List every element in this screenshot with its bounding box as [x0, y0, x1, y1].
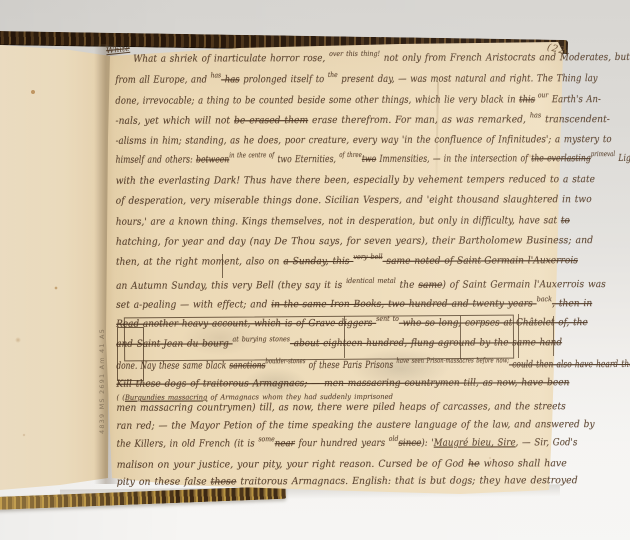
handwritten-text: of these Paris Prisons — [305, 360, 396, 371]
struck-text: Kill these dogs of traitorous Armagnacs;… — [116, 377, 569, 390]
handwritten-text: himself and others: — [116, 155, 196, 166]
manuscript-line: from all Europe, and has has prolonged i… — [115, 73, 597, 86]
manuscript-line: pity on these false these traitorous Arm… — [117, 475, 578, 488]
struck-text: two — [362, 154, 376, 165]
handwritten-text: with the everlasting Dark! Thus have the… — [116, 174, 595, 187]
deletion-box — [124, 315, 514, 362]
handwritten-text: present day, — was most natural and righ… — [338, 73, 598, 85]
handwritten-text: the — [396, 280, 419, 291]
manuscript-line: the Killers, in old French (it is somene… — [117, 437, 578, 450]
deletion-box-line — [553, 316, 554, 356]
handwritten-text: done, irrevocable; a thing to be counted… — [115, 94, 519, 106]
interline-insertion: has — [530, 111, 541, 119]
struck-text: near — [275, 438, 295, 449]
handwritten-text: of desperation, very miserable things do… — [116, 194, 592, 207]
interline-insertion: the — [328, 71, 338, 79]
photograph-background: 4839 MS 2691 Am 41 A5 White (22 What a s… — [0, 0, 630, 540]
manuscript-line: done, irrevocable; a thing to be counted… — [115, 94, 601, 107]
deletion-box — [117, 327, 144, 381]
handwritten-text: Maugré bieu, Sire — [434, 437, 516, 448]
handwritten-text: prolonged itself to — [240, 74, 328, 85]
handwritten-text: not only from French Aristocrats and Mod… — [380, 52, 630, 64]
deletion-box-line — [460, 316, 461, 359]
struck-text: sanctions — [229, 360, 265, 371]
struck-text: could then also have heard the cry: Kill… — [509, 359, 630, 371]
struck-text: very bell — [353, 252, 382, 260]
handwritten-text: two Eternities, — [274, 154, 339, 165]
interline-insertion: our — [535, 91, 548, 99]
handwritten-text: What a shriek of inarticulate horror ros… — [133, 53, 329, 65]
handwritten-text: ) of Saint Germain l'Auxerrois was — [442, 279, 605, 291]
interline-insertion: some — [258, 435, 274, 443]
struck-text: in the same Iron Books, two hundred and … — [271, 298, 536, 310]
manuscript-line: hours,' are a known thing. Kings themsel… — [116, 215, 570, 228]
shelfmark-pencil: 4839 MS 2691 Am 41 A5 — [98, 328, 106, 434]
manuscript-line: -alisms in him; standing, as he does, po… — [116, 134, 612, 147]
interline-insertion: of three — [339, 150, 362, 158]
struck-text: he — [468, 459, 480, 470]
struck-text: same noted of Saint-Germain l'Auxerrois — [383, 255, 578, 267]
handwritten-text: hours,' are a known thing. Kings themsel… — [116, 215, 561, 228]
deletion-box-line — [344, 316, 345, 358]
handwritten-text: transcendent- — [541, 114, 610, 125]
struck-text: , then in — [552, 298, 592, 309]
struck-text: these — [211, 476, 237, 487]
interline-insertion: primeval — [591, 150, 615, 158]
handwritten-text: hatching, for year and day (nay De Thou … — [116, 235, 593, 248]
struck-text: between — [196, 154, 229, 165]
handwritten-text: , — Sir, God's — [516, 437, 578, 448]
handwritten-text: an Autumn Sunday, this very Bell (they s… — [116, 280, 346, 292]
handwritten-text: -alisms in him; standing, as he does, po… — [116, 134, 612, 147]
manuscript-line: set a-pealing — with effect; and in the … — [116, 298, 592, 311]
manuscript-line: of desperation, very miserable things do… — [116, 194, 592, 207]
manuscript-line: Kill these dogs of traitorous Armagnacs;… — [116, 377, 569, 390]
handwritten-text: Burgundies massacring — [125, 393, 207, 401]
struck-text: has — [221, 74, 240, 85]
manuscript-line: ran red; — the Mayor Petion of the time … — [117, 419, 595, 432]
manuscript-line: with the everlasting Dark! Thus have the… — [116, 174, 595, 187]
deletion-box-line — [518, 314, 519, 358]
handwritten-text: four hundred years — [295, 438, 389, 449]
handwritten-text: ): ' — [421, 438, 433, 449]
manuscript-line: ( (Burgundies massacring of Armagnacs wh… — [116, 393, 393, 402]
handwritten-text: ran red; — the Mayor Petion of the time … — [117, 419, 595, 432]
handwritten-text: erase therefrom. For man, as was remarke… — [308, 114, 530, 126]
struck-text: be erased them — [234, 115, 308, 126]
manuscript-line: men massacring countrymen) till, as now,… — [116, 401, 565, 414]
interline-insertion: identical metal — [346, 276, 396, 284]
handwritten-text: Light — [615, 153, 630, 164]
interline-insertion: over this thing! — [329, 49, 380, 57]
interline-insertion: has — [211, 71, 222, 79]
caret-stroke — [222, 254, 223, 278]
manuscript-line: malison on your justice, your pity, your… — [117, 458, 567, 471]
manuscript-line: What a shriek of inarticulate horror ros… — [115, 52, 630, 65]
handwritten-text: pity on these false — [117, 476, 211, 487]
handwritten-text: -nals, yet which will not — [115, 115, 234, 126]
struck-text: this — [519, 94, 535, 105]
manuscript-line: -nals, yet which will not be erased them… — [115, 114, 609, 127]
struck-text: to — [561, 215, 570, 226]
manuscript-line: an Autumn Sunday, this very Bell (they s… — [116, 279, 606, 292]
struck-text: a Sunday, this — [283, 256, 353, 267]
handwritten-text: ( ( — [116, 394, 125, 402]
handwritten-text: of Armagnacs whom they had suddenly impr… — [207, 393, 393, 402]
handwritten-text: the Killers, in old French (it is — [117, 438, 259, 449]
handwritten-text: men massacring countrymen) till, as now,… — [116, 401, 565, 414]
manuscript-line: then, at the right moment, also on a Sun… — [116, 255, 578, 268]
struck-text: same — [418, 280, 442, 291]
struck-text: the everlasting — [531, 153, 591, 164]
handwritten-text: from all Europe, and — [115, 74, 210, 85]
struck-text: since — [398, 438, 421, 449]
interline-insertion: back — [537, 295, 553, 303]
manuscript-text: What a shriek of inarticulate horror ros… — [115, 39, 569, 497]
handwritten-text: Immensities, — in the intersection of — [376, 153, 531, 165]
handwritten-text: set a-pealing — with effect; and — [116, 299, 271, 311]
handwritten-text: malison on your justice, your pity, your… — [117, 459, 468, 471]
interline-insertion: old — [389, 434, 399, 442]
handwritten-text: then, at the right moment, also on — [116, 256, 283, 268]
manuscript-line: hatching, for year and day (nay De Thou … — [116, 235, 593, 248]
interline-insertion: in the centre of — [229, 151, 274, 159]
manuscript-line: himself and others: betweenin the centre… — [116, 153, 630, 166]
handwritten-text: traitorous Armagnacs. English: that is b… — [236, 475, 577, 487]
handwritten-text: Earth's An- — [548, 94, 601, 105]
handwritten-text: whoso shall have — [480, 458, 567, 469]
